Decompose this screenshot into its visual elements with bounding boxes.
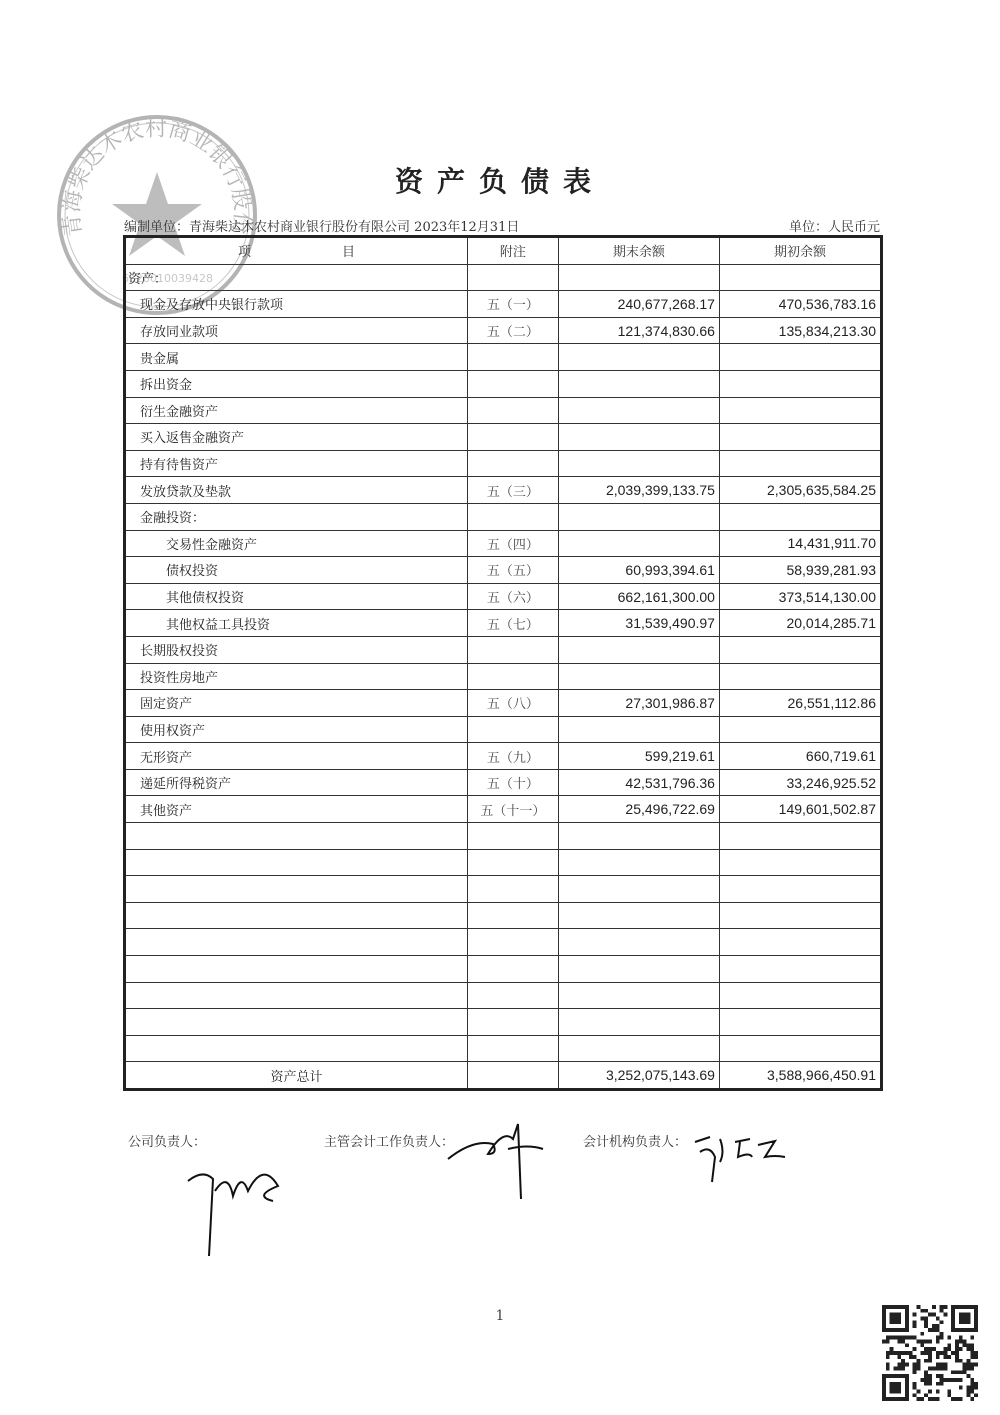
row-note: 五（八） <box>467 690 558 717</box>
row-begin-balance <box>719 929 881 956</box>
row-begin-balance: 20,014,285.71 <box>719 610 881 637</box>
table-row: 其他权益工具投资五（七）31,539,490.9720,014,285.71 <box>125 610 882 637</box>
header-begin-balance: 期初余额 <box>719 237 881 265</box>
signature-company-head <box>183 1151 293 1261</box>
row-begin-balance <box>719 902 881 929</box>
table-row: 交易性金融资产五（四）14,431,911.70 <box>125 530 882 557</box>
row-end-balance <box>558 424 719 451</box>
row-end-balance <box>558 982 719 1009</box>
row-item-label: 持有待售资产 <box>125 450 468 477</box>
row-begin-balance: 470,536,783.16 <box>719 291 881 318</box>
row-begin-balance <box>719 716 881 743</box>
row-begin-balance <box>719 849 881 876</box>
signature-accounting-head <box>443 1119 553 1209</box>
row-end-balance: 240,677,268.17 <box>558 291 719 318</box>
row-begin-balance <box>719 982 881 1009</box>
table-row: 贵金属 <box>125 344 882 371</box>
row-note <box>467 424 558 451</box>
row-item-label <box>125 982 468 1009</box>
currency-unit: 单位：人民币元 <box>789 216 880 235</box>
row-end-balance <box>558 849 719 876</box>
row-item-label: 金融投资： <box>125 503 468 530</box>
row-begin-balance <box>719 370 881 397</box>
row-end-balance: 27,301,986.87 <box>558 690 719 717</box>
table-row <box>125 929 882 956</box>
table-row: 持有待售资产 <box>125 450 882 477</box>
row-end-balance: 2,039,399,133.75 <box>558 477 719 504</box>
report-date: 2023年12月31日 <box>414 220 519 235</box>
row-item-label: 使用权资产 <box>125 716 468 743</box>
table-row: 固定资产五（八）27,301,986.8726,551,112.86 <box>125 690 882 717</box>
row-begin-balance: 149,601,502.87 <box>719 796 881 823</box>
row-note <box>467 876 558 903</box>
row-end-balance <box>558 530 719 557</box>
row-item-label: 买入返售金融资产 <box>125 424 468 451</box>
row-begin-balance: 660,719.61 <box>719 743 881 770</box>
row-note <box>467 849 558 876</box>
table-row: 长期股权投资 <box>125 636 882 663</box>
row-end-balance <box>558 264 719 291</box>
header-note: 附注 <box>467 237 558 265</box>
row-note <box>467 503 558 530</box>
row-end-balance <box>558 929 719 956</box>
preparer-name: 青海柴达木农村商业银行股份有限公司 <box>189 220 410 235</box>
row-item-label <box>125 956 468 983</box>
row-end-balance <box>558 1035 719 1062</box>
table-row: 存放同业款项五（二）121,374,830.66135,834,213.30 <box>125 317 882 344</box>
row-item-label: 债权投资 <box>125 557 468 584</box>
row-begin-balance <box>719 344 881 371</box>
row-begin-balance: 2,305,635,584.25 <box>719 477 881 504</box>
row-end-balance: 599,219.61 <box>558 743 719 770</box>
qr-code <box>882 1305 978 1401</box>
row-note: 五（十一） <box>467 796 558 823</box>
total-row: 资产总计 3,252,075,143.69 3,588,966,450.91 <box>125 1062 882 1090</box>
table-row: 现金及存放中央银行款项五（一）240,677,268.17470,536,783… <box>125 291 882 318</box>
row-begin-balance <box>719 397 881 424</box>
row-note <box>467 902 558 929</box>
table-header-row: 项 目 附注 期末余额 期初余额 <box>125 237 882 265</box>
row-begin-balance <box>719 264 881 291</box>
row-end-balance <box>558 636 719 663</box>
page-number: 1 <box>0 1308 1000 1324</box>
row-end-balance <box>558 370 719 397</box>
row-end-balance <box>558 823 719 850</box>
row-note: 五（一） <box>467 291 558 318</box>
row-end-balance: 25,496,722.69 <box>558 796 719 823</box>
row-begin-balance: 14,431,911.70 <box>719 530 881 557</box>
row-item-label: 贵金属 <box>125 344 468 371</box>
row-end-balance <box>558 503 719 530</box>
table-row: 金融投资： <box>125 503 882 530</box>
header-item: 项 目 <box>125 237 468 265</box>
row-item-label <box>125 929 468 956</box>
row-note: 五（四） <box>467 530 558 557</box>
table-row: 拆出资金 <box>125 370 882 397</box>
table-row: 无形资产五（九）599,219.61660,719.61 <box>125 743 882 770</box>
row-item-label: 无形资产 <box>125 743 468 770</box>
row-note: 五（二） <box>467 317 558 344</box>
row-item-label: 其他权益工具投资 <box>125 610 468 637</box>
row-begin-balance: 135,834,213.30 <box>719 317 881 344</box>
row-end-balance: 31,539,490.97 <box>558 610 719 637</box>
row-begin-balance <box>719 636 881 663</box>
row-end-balance: 60,993,394.61 <box>558 557 719 584</box>
table-row <box>125 902 882 929</box>
row-note <box>467 663 558 690</box>
table-row: 衍生金融资产 <box>125 397 882 424</box>
row-begin-balance: 373,514,130.00 <box>719 583 881 610</box>
row-note <box>467 344 558 371</box>
row-note <box>467 264 558 291</box>
row-begin-balance: 26,551,112.86 <box>719 690 881 717</box>
row-item-label: 递延所得税资产 <box>125 769 468 796</box>
table-row: 买入返售金融资产 <box>125 424 882 451</box>
row-end-balance: 121,374,830.66 <box>558 317 719 344</box>
table-row: 递延所得税资产五（十）42,531,796.3633,246,925.52 <box>125 769 882 796</box>
table-row <box>125 1035 882 1062</box>
row-end-balance <box>558 397 719 424</box>
table-row: 资产： <box>125 264 882 291</box>
row-note <box>467 982 558 1009</box>
total-begin-balance: 3,588,966,450.91 <box>719 1062 881 1090</box>
table-row: 使用权资产 <box>125 716 882 743</box>
row-item-label: 其他债权投资 <box>125 583 468 610</box>
row-note <box>467 1009 558 1036</box>
row-item-label: 衍生金融资产 <box>125 397 468 424</box>
row-note <box>467 956 558 983</box>
table-row: 其他资产五（十一）25,496,722.69149,601,502.87 <box>125 796 882 823</box>
row-item-label <box>125 1009 468 1036</box>
row-begin-balance <box>719 450 881 477</box>
row-item-label <box>125 823 468 850</box>
row-note <box>467 823 558 850</box>
preparer-line: 编制单位：青海柴达木农村商业银行股份有限公司 2023年12月31日 <box>124 216 519 235</box>
row-end-balance <box>558 956 719 983</box>
row-end-balance: 42,531,796.36 <box>558 769 719 796</box>
row-note: 五（五） <box>467 557 558 584</box>
row-item-label <box>125 849 468 876</box>
row-note: 五（九） <box>467 743 558 770</box>
row-note: 五（六） <box>467 583 558 610</box>
row-item-label <box>125 876 468 903</box>
row-item-label: 其他资产 <box>125 796 468 823</box>
row-begin-balance <box>719 503 881 530</box>
row-end-balance <box>558 450 719 477</box>
row-note <box>467 450 558 477</box>
row-end-balance <box>558 663 719 690</box>
table-row <box>125 823 882 850</box>
row-item-label: 交易性金融资产 <box>125 530 468 557</box>
table-row: 发放贷款及垫款五（三）2,039,399,133.752,305,635,584… <box>125 477 882 504</box>
row-begin-balance <box>719 956 881 983</box>
row-item-label: 拆出资金 <box>125 370 468 397</box>
table-row <box>125 956 882 983</box>
row-item-label: 固定资产 <box>125 690 468 717</box>
total-end-balance: 3,252,075,143.69 <box>558 1062 719 1090</box>
row-begin-balance <box>719 424 881 451</box>
table-row <box>125 1009 882 1036</box>
row-note <box>467 716 558 743</box>
row-item-label: 存放同业款项 <box>125 317 468 344</box>
page-title: 资产负债表 <box>0 160 1000 200</box>
total-note <box>467 1062 558 1090</box>
row-note: 五（十） <box>467 769 558 796</box>
row-item-label: 长期股权投资 <box>125 636 468 663</box>
row-item-label <box>125 1035 468 1062</box>
accounting-head-label: 主管会计工作负责人： <box>324 1131 454 1150</box>
accounting-org-head-label: 会计机构负责人： <box>583 1131 687 1150</box>
row-item-label: 投资性房地产 <box>125 663 468 690</box>
row-note <box>467 929 558 956</box>
row-note <box>467 1035 558 1062</box>
table-row: 债权投资五（五）60,993,394.6158,939,281.93 <box>125 557 882 584</box>
row-end-balance: 662,161,300.00 <box>558 583 719 610</box>
company-head-label: 公司负责人： <box>128 1131 206 1150</box>
row-begin-balance <box>719 1009 881 1036</box>
table-row: 其他债权投资五（六）662,161,300.00373,514,130.00 <box>125 583 882 610</box>
balance-sheet-table: 项 目 附注 期末余额 期初余额 资产：现金及存放中央银行款项五（一）240,6… <box>123 235 883 1091</box>
row-note <box>467 397 558 424</box>
row-begin-balance <box>719 876 881 903</box>
table-row <box>125 876 882 903</box>
row-end-balance <box>558 344 719 371</box>
row-note <box>467 370 558 397</box>
row-end-balance <box>558 1009 719 1036</box>
row-end-balance <box>558 876 719 903</box>
row-begin-balance: 33,246,925.52 <box>719 769 881 796</box>
row-begin-balance <box>719 823 881 850</box>
table-row <box>125 982 882 1009</box>
row-end-balance <box>558 902 719 929</box>
row-note: 五（七） <box>467 610 558 637</box>
row-item-label: 资产： <box>125 264 468 291</box>
table-row: 投资性房地产 <box>125 663 882 690</box>
table-row <box>125 849 882 876</box>
header-end-balance: 期末余额 <box>558 237 719 265</box>
row-item-label: 发放贷款及垫款 <box>125 477 468 504</box>
total-label: 资产总计 <box>125 1062 468 1090</box>
row-begin-balance <box>719 1035 881 1062</box>
preparer-label: 编制单位： <box>124 220 189 235</box>
row-item-label: 现金及存放中央银行款项 <box>125 291 468 318</box>
row-end-balance <box>558 716 719 743</box>
row-begin-balance: 58,939,281.93 <box>719 557 881 584</box>
row-item-label <box>125 902 468 929</box>
signature-accounting-org-head <box>690 1127 790 1187</box>
row-begin-balance <box>719 663 881 690</box>
row-note <box>467 636 558 663</box>
row-note: 五（三） <box>467 477 558 504</box>
